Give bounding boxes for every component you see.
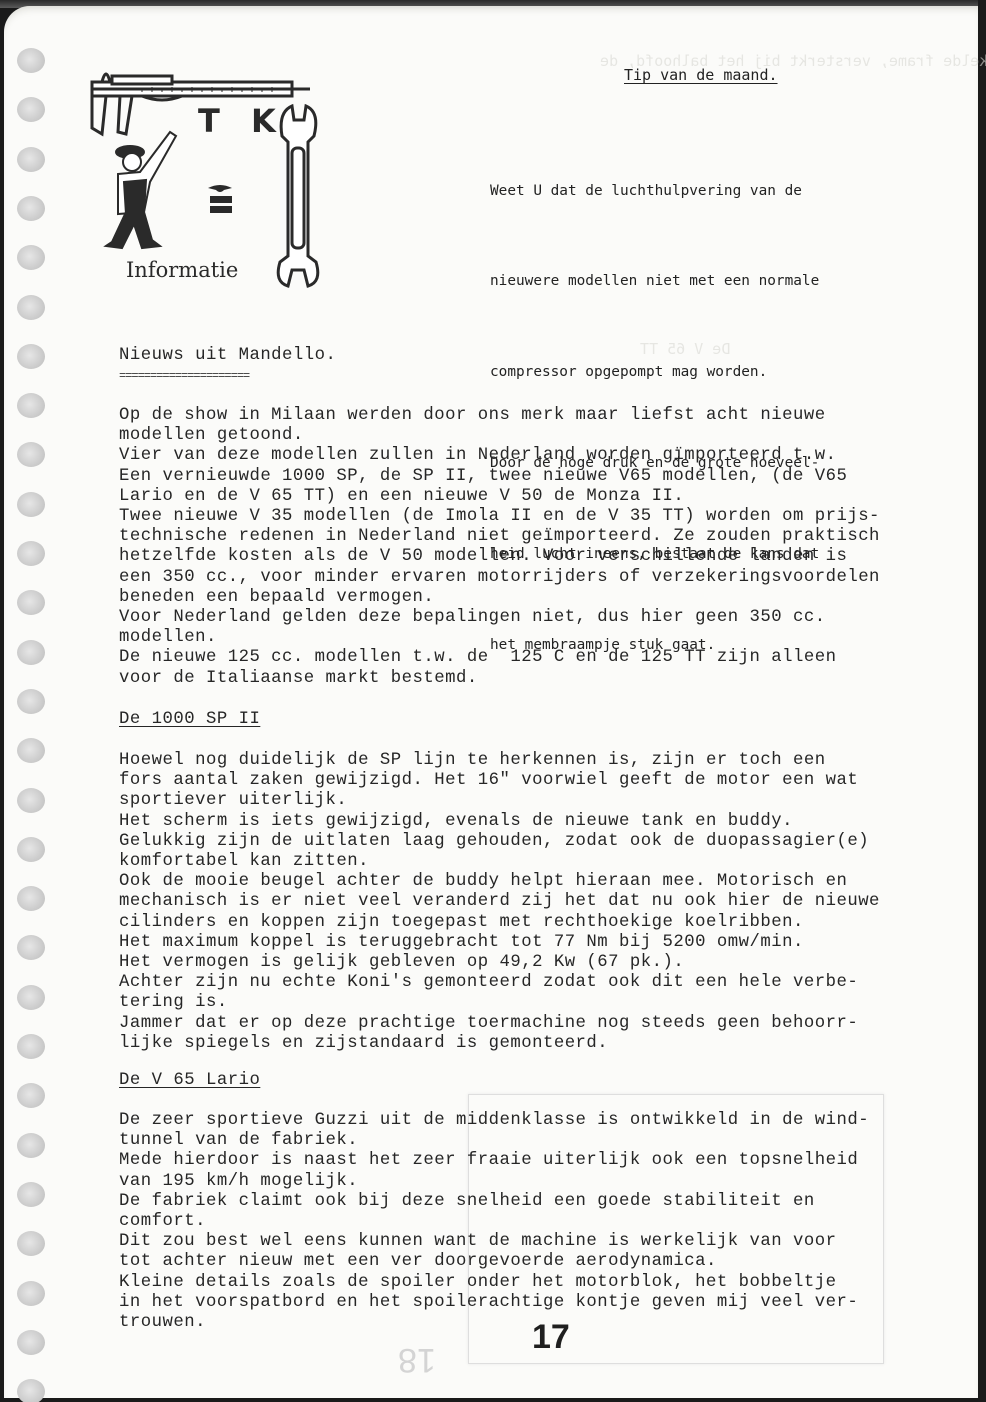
text-line: trouwen. <box>119 1313 869 1333</box>
lario-heading: De V 65 Lario <box>119 1071 260 1091</box>
news-title: Nieuws uit Mandello. <box>119 346 336 366</box>
text-line: van 195 km/h mogelijk. <box>119 1172 869 1192</box>
news-body: Op de show in Milaan werden door ons mer… <box>119 406 880 689</box>
text-line: Op de show in Milaan werden door ons mer… <box>119 406 880 426</box>
logo-caption: Informatie <box>126 258 238 282</box>
sp2-body: Hoewel nog duidelijk de SP lijn te herke… <box>119 751 880 1054</box>
text-line: Gelukkig zijn de uitlaten laag gehouden,… <box>119 832 880 852</box>
binder-hole <box>17 393 45 418</box>
text-line: tot achter nieuw met een ver doorgevoerd… <box>119 1252 869 1272</box>
text-line: Achter zijn nu echte Koni's gemonteerd z… <box>119 973 880 993</box>
caliper-wrench-mechanic-icon <box>82 62 322 288</box>
binder-hole <box>17 344 45 369</box>
page-number: 17 <box>532 1318 570 1357</box>
scan-right-edge <box>978 0 986 1402</box>
binder-hole <box>17 1330 45 1355</box>
binder-hole <box>17 1379 45 1402</box>
text-line: modellen. <box>119 628 880 648</box>
text-line: Jammer dat er op deze prachtige toermach… <box>119 1014 880 1034</box>
text-line: een 350 cc., voor minder ervaren motorri… <box>119 568 880 588</box>
tip-title: Tip van de maand. <box>624 66 778 84</box>
text-line: in het voorspatbord en het spoilerachtig… <box>119 1293 869 1313</box>
binder-hole <box>17 492 45 517</box>
tk-informatie-logo: T K Informatie <box>82 62 322 288</box>
text-line: De nieuwe 125 cc. modellen t.w. de 125 C… <box>119 648 880 668</box>
binder-hole <box>17 1182 45 1207</box>
binder-hole <box>17 985 45 1010</box>
tip-line: compressor opgepompt mag worden. <box>490 357 819 387</box>
text-line: De zeer sportieve Guzzi uit de middenkla… <box>119 1111 869 1131</box>
text-line: De fabriek claimt ook bij deze snelheid … <box>119 1192 869 1212</box>
binder-hole <box>17 1281 45 1306</box>
text-line: tunnel van de fabriek. <box>119 1131 869 1151</box>
binder-hole <box>17 886 45 911</box>
text-line: modellen getoond. <box>119 426 880 446</box>
text-line: komfortabel kan zitten. <box>119 852 880 872</box>
binder-hole <box>17 837 45 862</box>
binder-hole <box>17 640 45 665</box>
binder-hole <box>17 689 45 714</box>
text-line: Kleine details zoals de spoiler onder he… <box>119 1273 869 1293</box>
bleed-through-page-number: 18 <box>398 1340 436 1379</box>
text-line: Voor Nederland gelden deze bepalingen ni… <box>119 608 880 628</box>
text-line: Dit zou best wel eens kunnen want de mac… <box>119 1232 869 1252</box>
text-line: cilinders en koppen zijn toegepast met r… <box>119 913 880 933</box>
text-line: fors aantal zaken gewijzigd. Het 16" voo… <box>119 771 880 791</box>
text-line: Twee nieuwe V 35 modellen (de Imola II e… <box>119 507 880 527</box>
binder-hole <box>17 196 45 221</box>
lario-body: De zeer sportieve Guzzi uit de middenkla… <box>119 1111 869 1333</box>
text-line: Ook de mooie beugel achter de buddy help… <box>119 872 880 892</box>
sp2-heading: De 1000 SP II <box>119 710 260 730</box>
text-line: hetzelfde kosten als de V 50 modellen. V… <box>119 547 880 567</box>
text-line: Mede hierdoor is naast het zeer fraaie u… <box>119 1151 869 1171</box>
tip-line: nieuwere modellen niet met een normale <box>490 266 819 296</box>
binder-hole <box>17 788 45 813</box>
binder-hole <box>17 295 45 320</box>
text-line: Een vernieuwde 1000 SP, de SP II, twee n… <box>119 467 880 487</box>
tip-line: Weet U dat de luchthulpvering van de <box>490 176 819 206</box>
text-line: technische redenen in Nederland niet geï… <box>119 527 880 547</box>
text-line: tering is. <box>119 993 880 1013</box>
text-line: Hoewel nog duidelijk de SP lijn te herke… <box>119 751 880 771</box>
text-line: Lario en de V 65 TT) en een nieuwe V 50 … <box>119 487 880 507</box>
text-line: beneden een bepaald vermogen. <box>119 588 880 608</box>
logo-letters: T K <box>198 102 286 140</box>
binder-hole <box>17 48 45 73</box>
binder-hole <box>17 1034 45 1059</box>
text-line: sportiever uiterlijk. <box>119 791 880 811</box>
text-line: lijke spiegels en zijstandaard is gemont… <box>119 1034 880 1054</box>
binder-hole <box>17 541 45 566</box>
text-line: Het maximum koppel is teruggebracht tot … <box>119 933 880 953</box>
text-line: comfort. <box>119 1212 869 1232</box>
text-line: Vier van deze modellen zullen in Nederla… <box>119 446 880 466</box>
text-line: Het scherm is iets gewijzigd, evenals de… <box>119 812 880 832</box>
binder-hole <box>17 1133 45 1158</box>
news-title-underline: ===================== <box>119 369 249 383</box>
text-line: voor de Italiaanse markt bestemd. <box>119 669 880 689</box>
binder-hole <box>17 147 45 172</box>
text-line: mechanisch is er niet veel veranderd zij… <box>119 892 880 912</box>
text-line: Het vermogen is gelijk gebleven op 49,2 … <box>119 953 880 973</box>
